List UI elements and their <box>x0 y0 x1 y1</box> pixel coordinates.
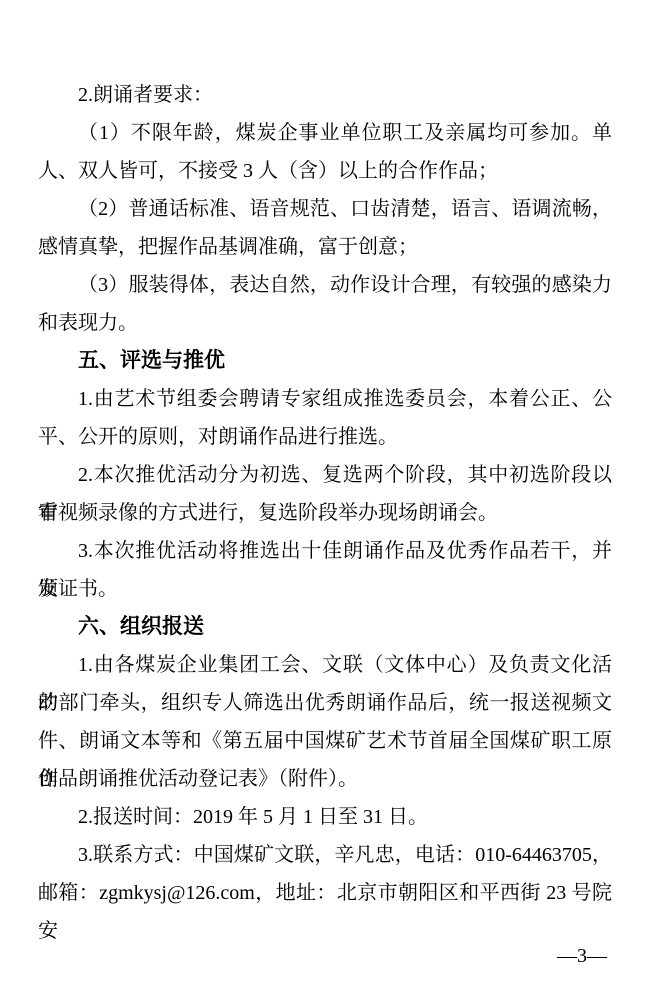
text-line: 2.报送时间：2019 年 5 月 1 日至 31 日。 <box>38 798 612 836</box>
text-line: 和表现力。 <box>38 304 612 342</box>
page-number: —3— <box>557 945 607 968</box>
text-line: 3.联系方式：中国煤矿文联，辛凡忠，电话：010-64463705， <box>38 836 612 874</box>
text-line: 1.由各煤炭企业集团工会、文联（文体中心）及负责文化活动 <box>38 646 612 684</box>
text-line: 发证书。 <box>38 570 612 608</box>
text-line: 的部门牵头，组织专人筛选出优秀朗诵作品后，统一报送视频文 <box>38 684 612 722</box>
text-line: 2.本次推优活动分为初选、复选两个阶段，其中初选阶段以审 <box>38 456 612 494</box>
text-line: （1）不限年龄，煤炭企事业单位职工及亲属均可参加。单 <box>38 114 612 152</box>
text-line: 件、朗诵文本等和《第五届中国煤矿艺术节首届全国煤矿职工原创 <box>38 722 612 760</box>
text-line: 1.由艺术节组委会聘请专家组成推选委员会，本着公正、公 <box>38 380 612 418</box>
text-line: 平、公开的原则，对朗诵作品进行推选。 <box>38 418 612 456</box>
text-line: 作品朗诵推优活动登记表》（附件）。 <box>38 760 612 798</box>
document-body: 2.朗诵者要求：（1）不限年龄，煤炭企事业单位职工及亲属均可参加。单人、双人皆可… <box>38 76 612 912</box>
document-page: 2.朗诵者要求：（1）不限年龄，煤炭企事业单位职工及亲属均可参加。单人、双人皆可… <box>0 0 650 994</box>
text-line: （3）服装得体，表达自然，动作设计合理，有较强的感染力 <box>38 266 612 304</box>
text-line: 感情真挚，把握作品基调准确，富于创意； <box>38 228 612 266</box>
section-heading: 六、组织报送 <box>38 608 612 646</box>
text-line: 人、双人皆可，不接受 3 人（含）以上的合作作品； <box>38 152 612 190</box>
text-line: 邮箱：zgmkysj@126.com，地址：北京市朝阳区和平西街 23 号院安 <box>38 874 612 912</box>
text-line: （2）普通话标准、语音规范、口齿清楚，语言、语调流畅， <box>38 190 612 228</box>
text-line: 3.本次推优活动将推选出十佳朗诵作品及优秀作品若干，并颁 <box>38 532 612 570</box>
text-line: 2.朗诵者要求： <box>38 76 612 114</box>
text-line: 看视频录像的方式进行，复选阶段举办现场朗诵会。 <box>38 494 612 532</box>
section-heading: 五、评选与推优 <box>38 342 612 380</box>
